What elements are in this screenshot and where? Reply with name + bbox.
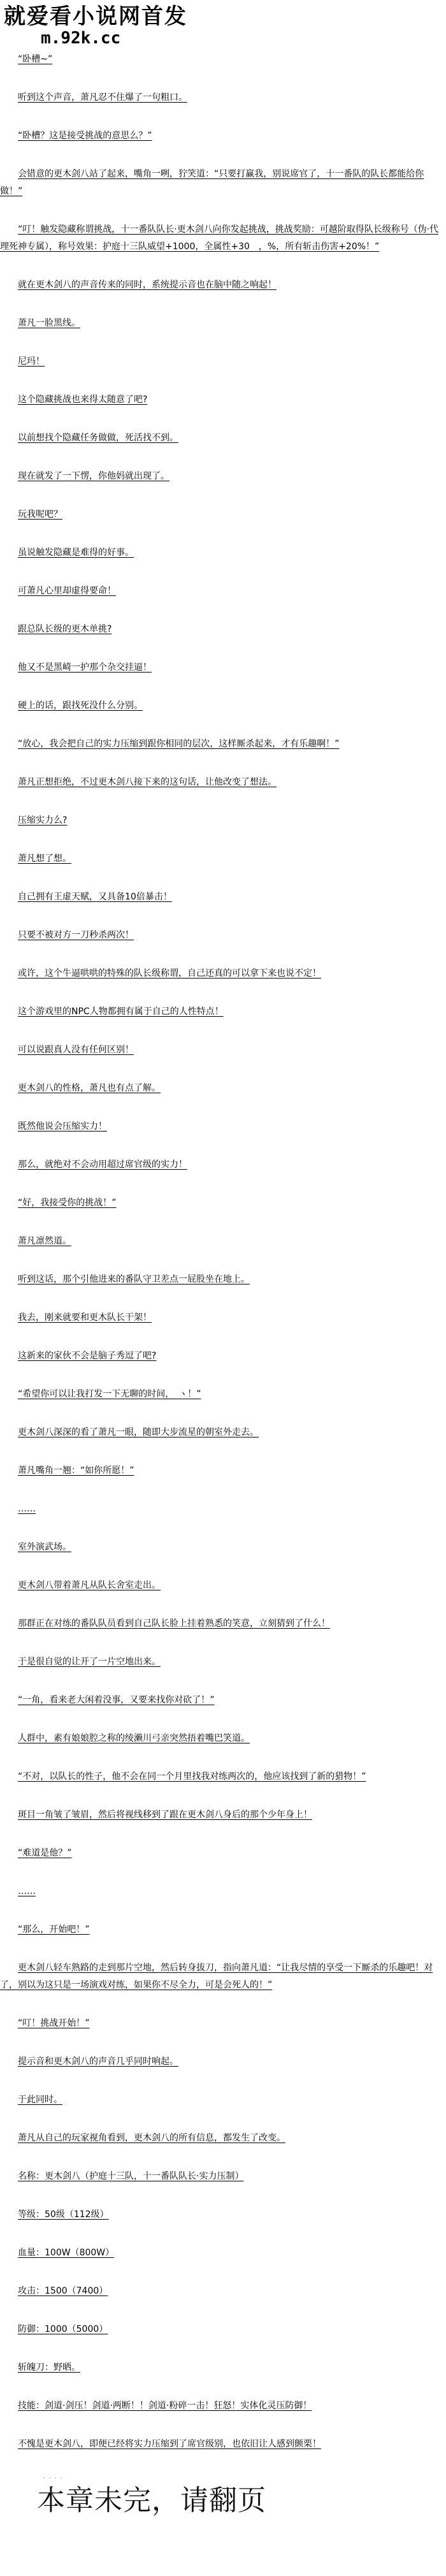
paragraph: 更木剑八轻车熟路的走到那片空地，然后转身拔刀，指向萧凡道：“让我尽情的享受一下厮…: [0, 1960, 443, 1994]
paragraph: 人群中，素有娘娘腔之称的绫濑川弓亲突然捂着嘴巴笑道。: [0, 1730, 443, 1747]
paragraph: 或许，这个牛逼哄哄的特殊的队长级称谓，自己还真的可以拿下来也说不定！: [0, 965, 443, 982]
novel-page: 就爱看小说网首发 m.92k.cc “卧槽~” 听到这个声音，萧凡忍不住爆了一句…: [0, 0, 446, 2530]
paragraph: 现在就发了一下愣，你他妈就出现了。: [0, 468, 443, 485]
paragraph: 萧凡想了想。: [0, 850, 443, 868]
page-footer: .... 本章未完，请翻页: [0, 2474, 443, 2519]
paragraph: 萧凡正想拒绝，不过更木剑八接下来的这句话，让他改变了想法。: [0, 774, 443, 791]
paragraph: 室外演武场。: [0, 1539, 443, 1556]
paragraph: “卧槽~”: [0, 51, 443, 68]
paragraph: ……: [0, 1501, 443, 1518]
paragraph: 萧凡嘴角一翘：“如你所愿！”: [0, 1462, 443, 1480]
paragraph: 以前想找个隐藏任务做做，死活找不到。: [0, 430, 443, 447]
paragraph: 硬上的话，跟找死没什么分别。: [0, 697, 443, 715]
paragraph: 萧凡凛然道。: [0, 1233, 443, 1250]
paragraph: “不对，以队长的性子，他不会在同一个月里找我对练两次的，他应该找到了新的猎物！”: [0, 1768, 443, 1786]
paragraph: “那么，开始吧！”: [0, 1921, 443, 1939]
paragraph: 压缩实力么?: [0, 812, 443, 829]
site-url: m.92k.cc: [41, 29, 443, 47]
chapter-content: “卧槽~” 听到这个声音，萧凡忍不住爆了一句粗口。 “卧槽？这是接受挑战的意思么…: [0, 51, 443, 2453]
paragraph: 听到这个声音，萧凡忍不住爆了一句粗口。: [0, 89, 443, 106]
paragraph: 这个游戏里的NPC人物都拥有属于自己的人性特点！: [0, 1003, 443, 1021]
paragraph: “希望你可以让我打发一下无聊的时间， ヽ！”: [0, 1386, 443, 1403]
paragraph: “叮！触发隐藏称谓挑战，十一番队队长·更木剑八向你发起挑战，挑战奖励：可越阶取得…: [0, 221, 443, 256]
paragraph: 于是很自觉的让开了一片空地出来。: [0, 1654, 443, 1671]
paragraph: 更木剑八深深的看了萧凡一眼，随即大步流星的朝室外走去。: [0, 1424, 443, 1441]
paragraph: 那么，就绝对不会动用超过席官级的实力！: [0, 1156, 443, 1174]
paragraph: ……: [0, 1883, 443, 1900]
paragraph: 萧凡从自己的玩家视角看到，更木剑八的所有信息，都发生了改变。: [0, 2130, 443, 2147]
paragraph: 技能：剑道·剑压！剑道·两断！！剑道·粉碎一击！狂怒！实体化灵压防御！: [0, 2398, 443, 2415]
paragraph: 既然他说会压缩实力！: [0, 1118, 443, 1135]
paragraph: 就在更木剑八的声音传来的同时，系统提示音也在脑中随之响起！: [0, 277, 443, 294]
paragraph: 这新来的家伙不会是脑子秀逗了吧?: [0, 1348, 443, 1365]
paragraph: 那群正在对练的番队队员看到自己队长脸上挂着熟悉的笑意，立刻猜到了什么！: [0, 1615, 443, 1633]
paragraph: 等级：50级（112级）: [0, 2206, 443, 2223]
paragraph: 于此同时。: [0, 2092, 443, 2109]
paragraph: “好，我接受你的挑战！”: [0, 1195, 443, 1212]
site-title: 就爱看小说网首发: [4, 4, 443, 29]
paragraph: 可以说跟真人没有任何区别！: [0, 1042, 443, 1059]
paragraph: 防御：1000（5000）: [0, 2321, 443, 2338]
paragraph: 血量：100W（800W）: [0, 2245, 443, 2262]
paragraph: 自己拥有王虚天赋，又具备10倍暴击！: [0, 889, 443, 906]
paragraph: 跟总队长级的更木单挑?: [0, 621, 443, 638]
paragraph: 萧凡一脸黑线。: [0, 315, 443, 332]
page-turn-notice[interactable]: 本章未完，请翻页: [37, 2483, 443, 2519]
paragraph: 玩我呢吧？: [0, 506, 443, 523]
paragraph: “叮！挑战开始！”: [0, 2015, 443, 2032]
paragraph: “难道是他？”: [0, 1845, 443, 1862]
paragraph: 不愧是更木剑八，即便已经将实力压缩到了席官级别，也依旧让人感到颤栗！: [0, 2436, 443, 2453]
paragraph: 会错意的更木剑八站了起来，嘴角一咧，狞笑道：“只要打赢我，别说席官了，十一番队的…: [0, 166, 443, 200]
paragraph: 提示音和更木剑八的声音几乎同时响起。: [0, 2053, 443, 2070]
paragraph: “卧槽？这是接受挑战的意思么？”: [0, 127, 443, 145]
paragraph: 更木剑八的性格，萧凡也有点了解。: [0, 1080, 443, 1097]
paragraph: 斑目一角皱了皱眉，然后将视线移到了跟在更木剑八身后的那个少年身上！: [0, 1807, 443, 1824]
paragraph: “一角，看来老大闲着没事，又要来找你对砍了！”: [0, 1692, 443, 1709]
paragraph: 更木剑八带着萧凡从队长舍室走出。: [0, 1577, 443, 1594]
paragraph: 可萧凡心里却虚得要命！: [0, 583, 443, 600]
paragraph: 只要不被对方一刀秒杀两次！: [0, 927, 443, 944]
paragraph: “放心，我会把自己的实力压缩到跟你相同的层次，这样厮杀起来，才有乐趣啊！”: [0, 736, 443, 753]
paragraph: 听到这话，那个引他进来的番队守卫差点一屁股坐在地上。: [0, 1271, 443, 1288]
paragraph: 我去，刚来就要和更木队长干架！: [0, 1309, 443, 1327]
paragraph: 他又不是黑崎一护那个杂交挂逼！: [0, 659, 443, 676]
paragraph: 这个隐藏挑战也来得太随意了吧?: [0, 391, 443, 409]
paragraph: 尼玛！: [0, 353, 443, 370]
paragraph: 虽说触发隐藏是难得的好事。: [0, 544, 443, 562]
paragraph: 斩魄刀：野晒。: [0, 2359, 443, 2376]
paragraph: 攻击：1500（7400）: [0, 2283, 443, 2300]
footer-dots: ....: [43, 2474, 443, 2480]
paragraph: 名称：更木剑八（护庭十三队，十一番队队长·实力压制）: [0, 2168, 443, 2185]
